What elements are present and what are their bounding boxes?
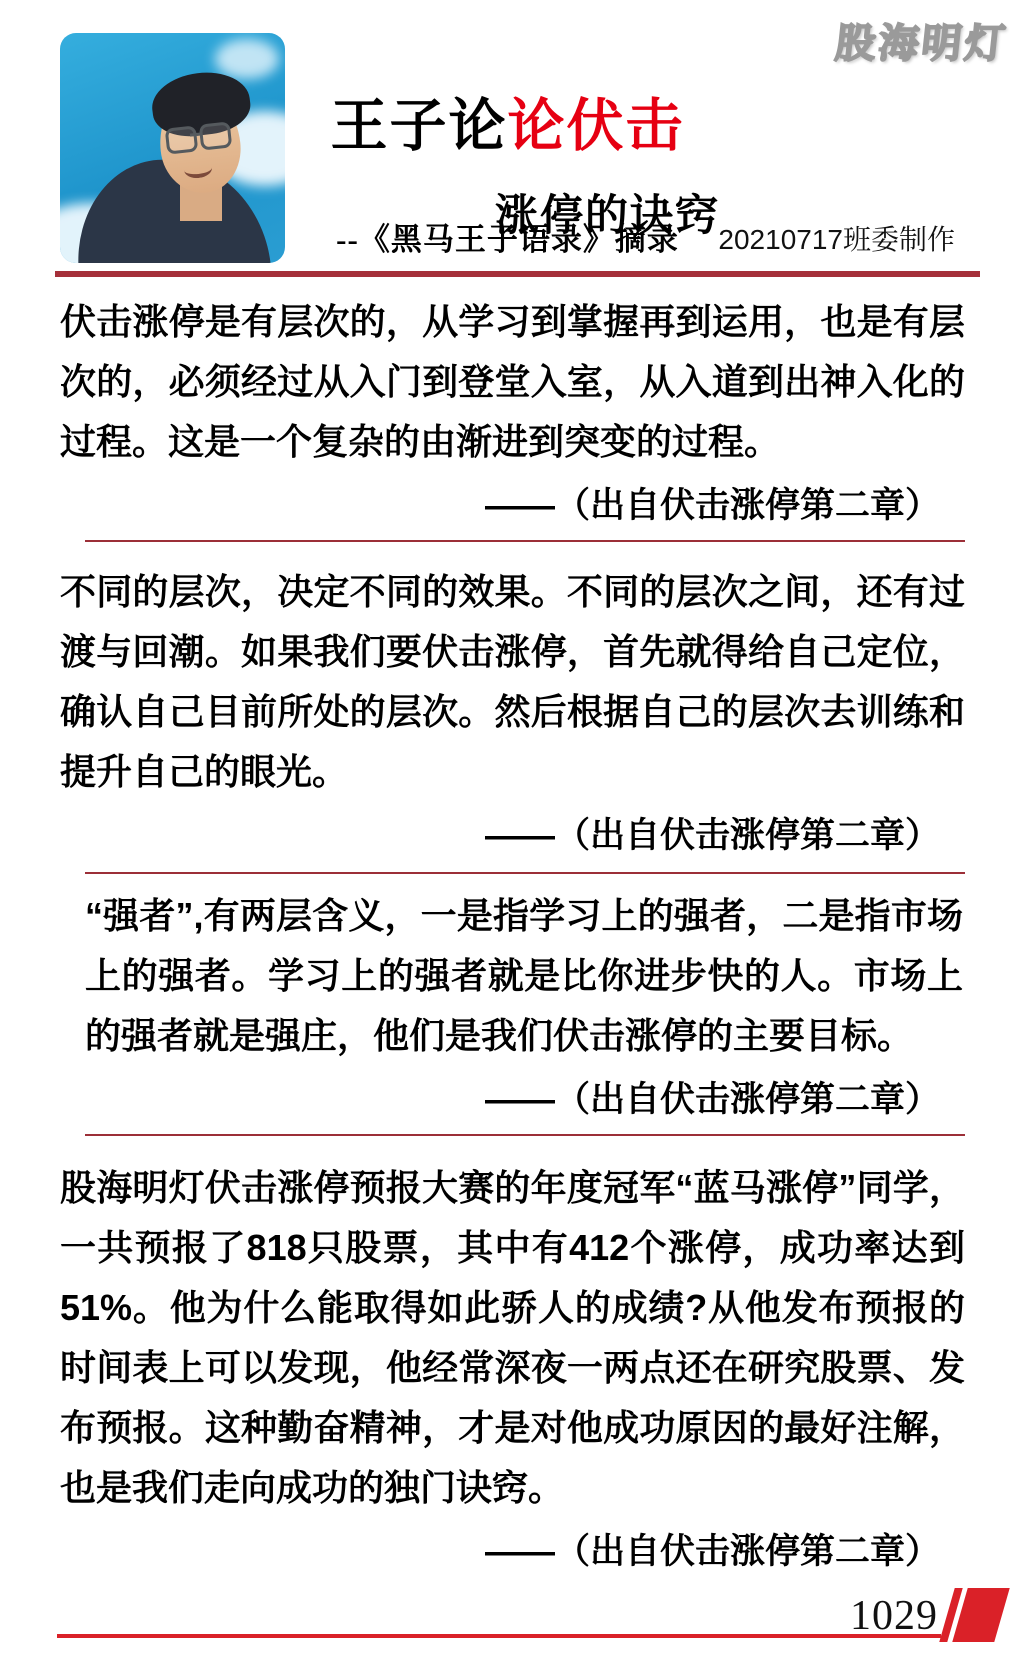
footer-rule (57, 1634, 941, 1638)
quote-text: 伏击涨停是有层次的，从学习到掌握再到运用，也是有层次的，必须经过从入门到登堂入室… (60, 292, 965, 472)
quote-attribution: ——（出自伏击涨停第二章） (60, 1522, 965, 1582)
quote-attribution: ——（出自伏击涨停第二章） (60, 806, 965, 866)
byline-row: --《黑马王子语录》摘录 20210717班委制作 (55, 214, 960, 254)
watermark-text: 股海明灯 (833, 12, 1011, 69)
page-number: 1029 (850, 1592, 938, 1640)
quote-block-3: “强者”,有两层含义，一是指学习上的强者，二是指市场上的强者。学习上的强者就是比… (60, 886, 965, 1130)
title-black-part: 王子论 (331, 95, 508, 158)
slash-decoration (952, 1588, 1009, 1642)
quote-text: “强者”,有两层含义，一是指学习上的强者，二是指市场上的强者。学习上的强者就是比… (60, 886, 965, 1066)
page-title: 王子论论伏击 (55, 94, 960, 160)
quote-block-1: 伏击涨停是有层次的，从学习到掌握再到运用，也是有层次的，必须经过从入门到登堂入室… (60, 292, 965, 536)
header-rule (55, 271, 980, 277)
separator-line (85, 1134, 965, 1136)
title-red-part: 论伏击 (508, 95, 685, 158)
quote-block-2: 不同的层次，决定不同的效果。不同的层次之间，还有过渡与回潮。如果我们要伏击涨停，… (60, 562, 965, 866)
quote-text: 股海明灯伏击涨停预报大赛的年度冠军“蓝马涨停”同学，一共预报了818只股票，其中… (60, 1158, 965, 1518)
quote-text: 不同的层次，决定不同的效果。不同的层次之间，还有过渡与回潮。如果我们要伏击涨停，… (60, 562, 965, 802)
separator-line (85, 540, 965, 542)
quote-attribution: ——（出自伏击涨停第二章） (60, 476, 965, 536)
quote-attribution: ——（出自伏击涨停第二章） (60, 1070, 965, 1130)
separator-line (85, 872, 965, 874)
credit-text: 20210717班委制作 (718, 218, 955, 258)
cloud-shape (215, 39, 279, 79)
quote-block-4: 股海明灯伏击涨停预报大赛的年度冠军“蓝马涨停”同学，一共预报了818只股票，其中… (60, 1158, 965, 1582)
